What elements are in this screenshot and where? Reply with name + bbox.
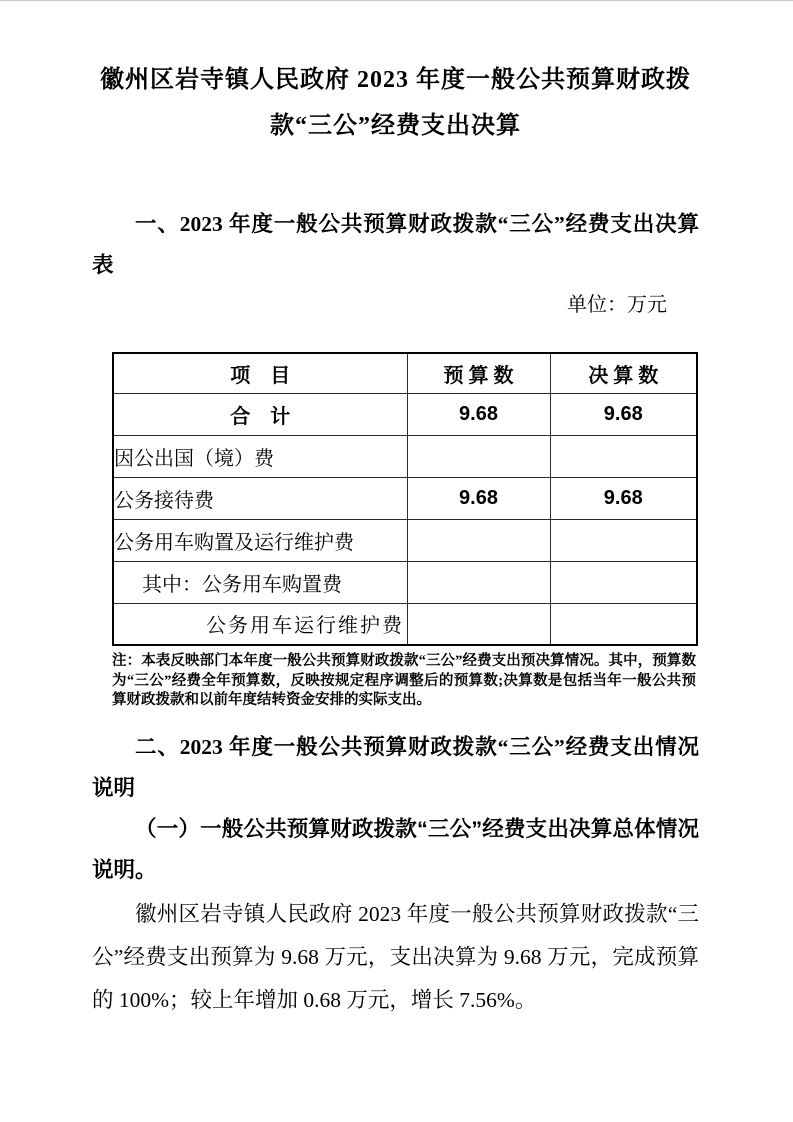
vehicle-maintenance-budget-value [407,603,550,645]
row-label-abroad: 因公出国（境）费 [113,435,407,477]
table-row-reception: 公务接待费 9.68 9.68 [113,477,697,519]
table-row-vehicle-purchase: 其中：公务用车购置费 [113,561,697,603]
three-public-expense-table: 项 目 预 算 数 决 算 数 合 计 9.68 9.68 因公出国（境）费 公… [112,352,698,646]
section2-sub1-heading: （一）一般公共预算财政拨款“三公”经费支出决算总体情况说明。 [92,809,699,891]
row-label-vehicle-maintenance: 公务用车运行维护费 [113,603,407,645]
table-row-vehicle-total: 公务用车购置及运行维护费 [113,519,697,561]
table-header-row: 项 目 预 算 数 决 算 数 [113,353,697,393]
section2-heading: 二、2023 年度一般公共预算财政拨款“三公”经费支出情况说明 [92,727,699,809]
total-final-value: 9.68 [550,393,697,435]
section2-sub1-paragraph: 徽州区岩寺镇人民政府 2023 年度一般公共预算财政拨款“三公”经费支出预算为 … [92,893,699,1022]
table-row-abroad: 因公出国（境）费 [113,435,697,477]
row-label-total: 合 计 [113,393,407,435]
col-header-final: 决 算 数 [550,353,697,393]
col-header-budget: 预 算 数 [407,353,550,393]
table-note: 注：本表反映部门本年度一般公共预算财政拨款“三公”经费支出预决算情况。其中，预算… [112,652,696,711]
total-budget-value: 9.68 [407,393,550,435]
reception-budget-value: 9.68 [407,477,550,519]
row-label-vehicle-purchase: 其中：公务用车购置费 [113,561,407,603]
document-page: 徽州区岩寺镇人民政府 2023 年度一般公共预算财政拨款“三公”经费支出决算 一… [0,0,793,1122]
unit-label: 单位：万元 [92,290,699,320]
vehicle-purchase-final-value [550,561,697,603]
col-header-item: 项 目 [113,353,407,393]
row-label-vehicle-total: 公务用车购置及运行维护费 [113,519,407,561]
table-row-vehicle-maintenance: 公务用车运行维护费 [113,603,697,645]
vehicle-maintenance-final-value [550,603,697,645]
vehicle-purchase-budget-value [407,561,550,603]
document-title: 徽州区岩寺镇人民政府 2023 年度一般公共预算财政拨款“三公”经费支出决算 [92,57,699,149]
abroad-budget-value [407,435,550,477]
abroad-final-value [550,435,697,477]
row-label-reception: 公务接待费 [113,477,407,519]
reception-final-value: 9.68 [550,477,697,519]
section1-heading: 一、2023 年度一般公共预算财政拨款“三公”经费支出决算表 [92,204,699,286]
table-row-total: 合 计 9.68 9.68 [113,393,697,435]
vehicle-total-final-value [550,519,697,561]
vehicle-total-budget-value [407,519,550,561]
